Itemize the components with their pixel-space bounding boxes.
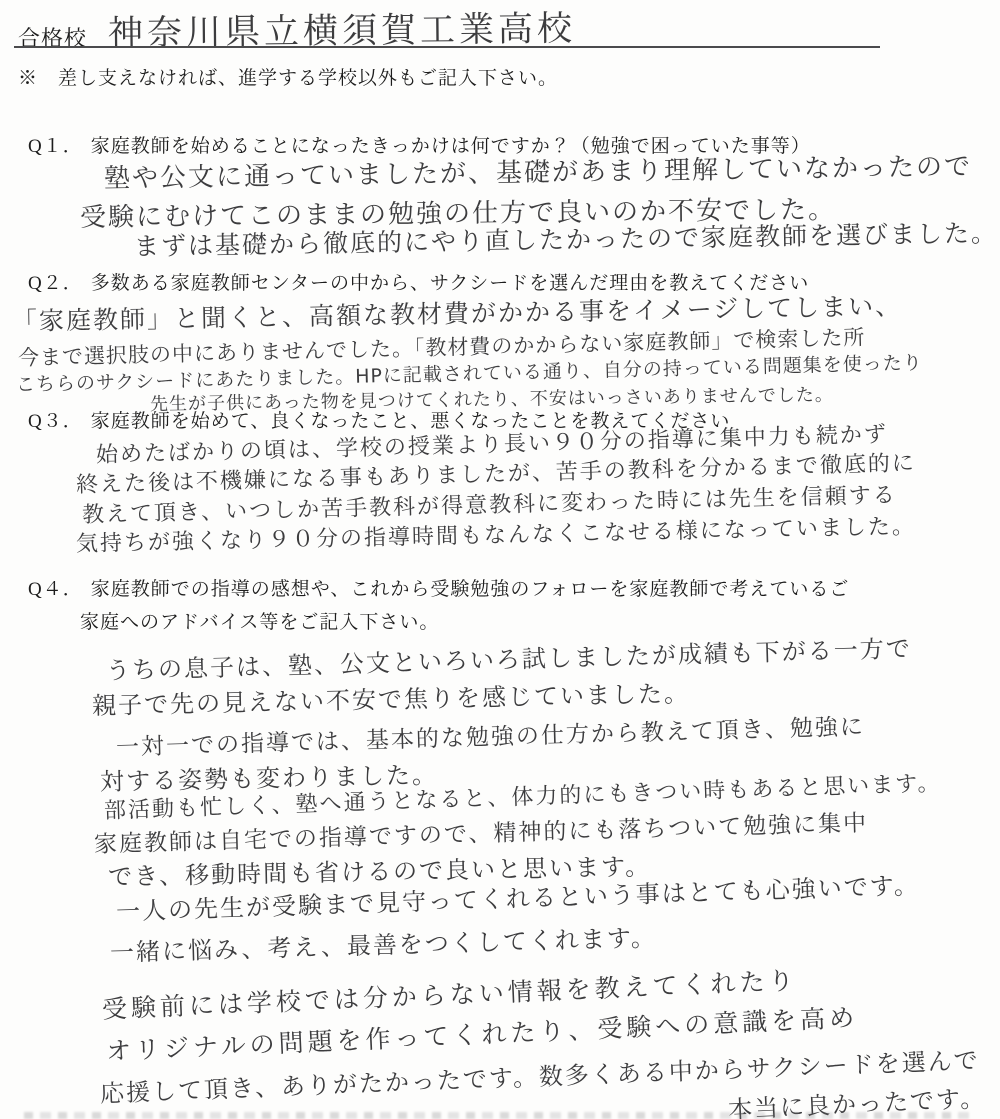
question-2-number: Q２． [28, 273, 83, 294]
question-4-text-line2: 家庭へのアドバイス等をご記入下さい。 [80, 607, 439, 634]
note-text: ※ 差し支えなければ、進学する学校以外もご記入下さい。 [18, 63, 558, 90]
question-3-number: Q３． [28, 411, 83, 432]
question-4-text-line1: 家庭教師での指導の感想や、これから受験勉強のフォローを家庭教師で考えているご [91, 579, 850, 600]
question-1-number: Q１． [28, 136, 83, 157]
accepted-school-label: 合格校 [18, 22, 87, 53]
cutoff-text-remnant [24, 1112, 974, 1119]
scanned-questionnaire-page: 合格校 神奈川県立横須賀工業高校 ※ 差し支えなければ、進学する学校以外もご記入… [0, 0, 1000, 1119]
school-underline [14, 46, 880, 48]
q4-answer-line: 一緒に悩み、考え、最善をつくしてくれます。 [110, 918, 658, 968]
question-4-number: Q４． [28, 579, 83, 600]
question-4-header: Q４．家庭教師での指導の感想や、これから受験勉強のフォローを家庭教師で考えている… [28, 574, 849, 601]
